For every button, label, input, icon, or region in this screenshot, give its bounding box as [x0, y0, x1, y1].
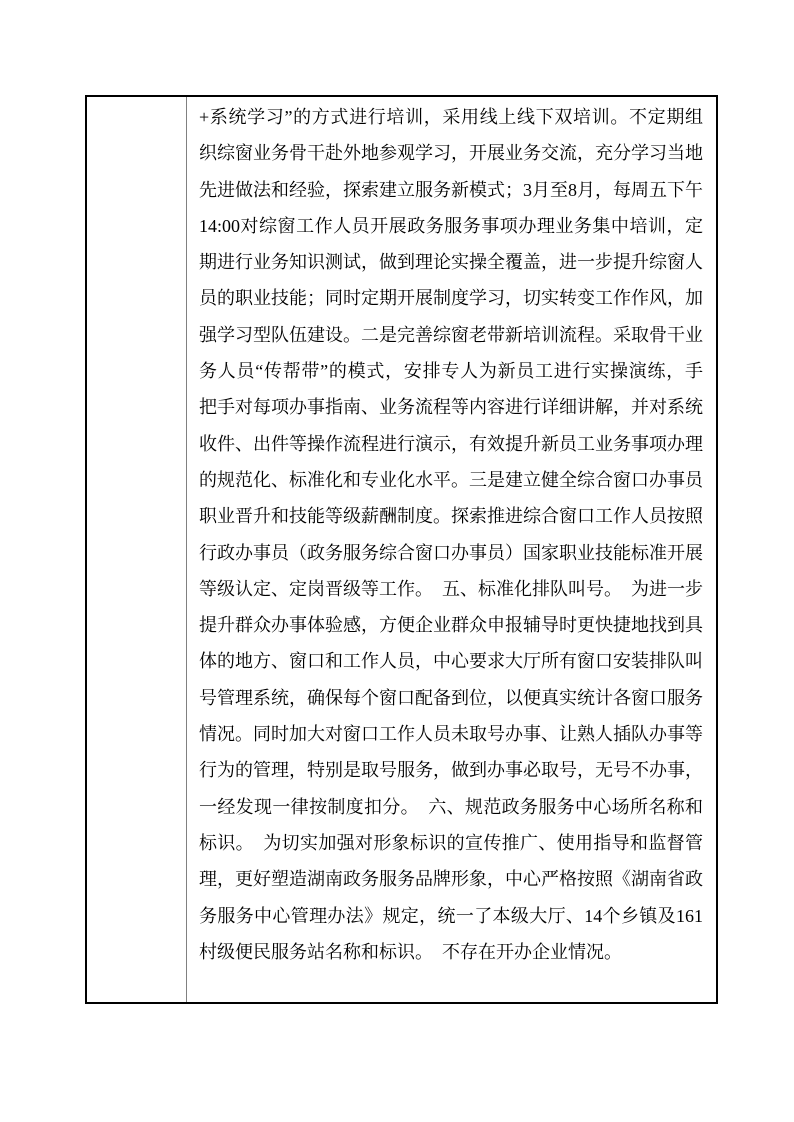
text-line: 强学习型队伍建设。二是完善综窗老带新培训流程。采取骨干业 [199, 317, 703, 353]
text-line: 14:00对综窗工作人员开展政务服务事项办理业务集中培训，定 [199, 208, 703, 244]
text-line: 职业晋升和技能等级薪酬制度。探索推进综合窗口工作人员按照 [199, 498, 703, 534]
table-content-cell: +系统学习”的方式进行培训，采用线上线下双培训。不定期组 织综窗业务骨干赴外地参… [187, 97, 716, 1002]
text-line: 提升群众办事体验感，方便企业群众申报辅导时更快捷地找到具 [199, 607, 703, 643]
text-line: 情况。同时加大对窗口工作人员未取号办事、让熟人插队办事等 [199, 716, 703, 752]
text-line: 务服务中心管理办法》规定，统一了本级大厅、14个乡镇及161个 [199, 898, 703, 934]
text-line: 一经发现一律按制度扣分。 六、规范政务服务中心场所名称和 [199, 789, 703, 825]
text-line: 村级便民服务站名称和标识。 不存在开办企业情况。 [199, 934, 703, 970]
text-line: 号管理系统，确保每个窗口配备到位，以便真实统计各窗口服务 [199, 680, 703, 716]
text-line: 收件、出件等操作流程进行演示，有效提升新员工业务事项办理 [199, 426, 703, 462]
text-line: 的规范化、标准化和专业化水平。三是建立健全综合窗口办事员 [199, 462, 703, 498]
text-line: 等级认定、定岗晋级等工作。 五、标准化排队叫号。 为进一步 [199, 571, 703, 607]
text-line: 期进行业务知识测试，做到理论实操全覆盖，进一步提升综窗人 [199, 244, 703, 280]
text-line: 标识。 为切实加强对形象标识的宣传推广、使用指导和监督管 [199, 825, 703, 861]
table-label-cell [87, 97, 187, 1002]
text-line: 员的职业技能；同时定期开展制度学习，切实转变工作作风，加 [199, 280, 703, 316]
text-line: 先进做法和经验，探索建立服务新模式；3月至8月，每周五下午 [199, 172, 703, 208]
text-line: 把手对每项办事指南、业务流程等内容进行详细讲解，并对系统 [199, 389, 703, 425]
text-line: 理，更好塑造湖南政务服务品牌形象，中心严格按照《湖南省政 [199, 861, 703, 897]
report-table: +系统学习”的方式进行培训，采用线上线下双培训。不定期组 织综窗业务骨干赴外地参… [85, 95, 718, 1004]
text-line: 行为的管理，特别是取号服务，做到办事必取号，无号不办事， [199, 752, 703, 788]
document-page: +系统学习”的方式进行培训，采用线上线下双培训。不定期组 织综窗业务骨干赴外地参… [0, 0, 794, 1122]
text-line: +系统学习”的方式进行培训，采用线上线下双培训。不定期组 [199, 99, 703, 135]
text-line: 务人员“传帮带”的模式，安排专人为新员工进行实操演练，手 [199, 353, 703, 389]
text-line: 体的地方、窗口和工作人员，中心要求大厅所有窗口安装排队叫 [199, 643, 703, 679]
text-line: 织综窗业务骨干赴外地参观学习，开展业务交流，充分学习当地 [199, 135, 703, 171]
text-line: 行政办事员（政务服务综合窗口办事员）国家职业技能标准开展 [199, 535, 703, 571]
